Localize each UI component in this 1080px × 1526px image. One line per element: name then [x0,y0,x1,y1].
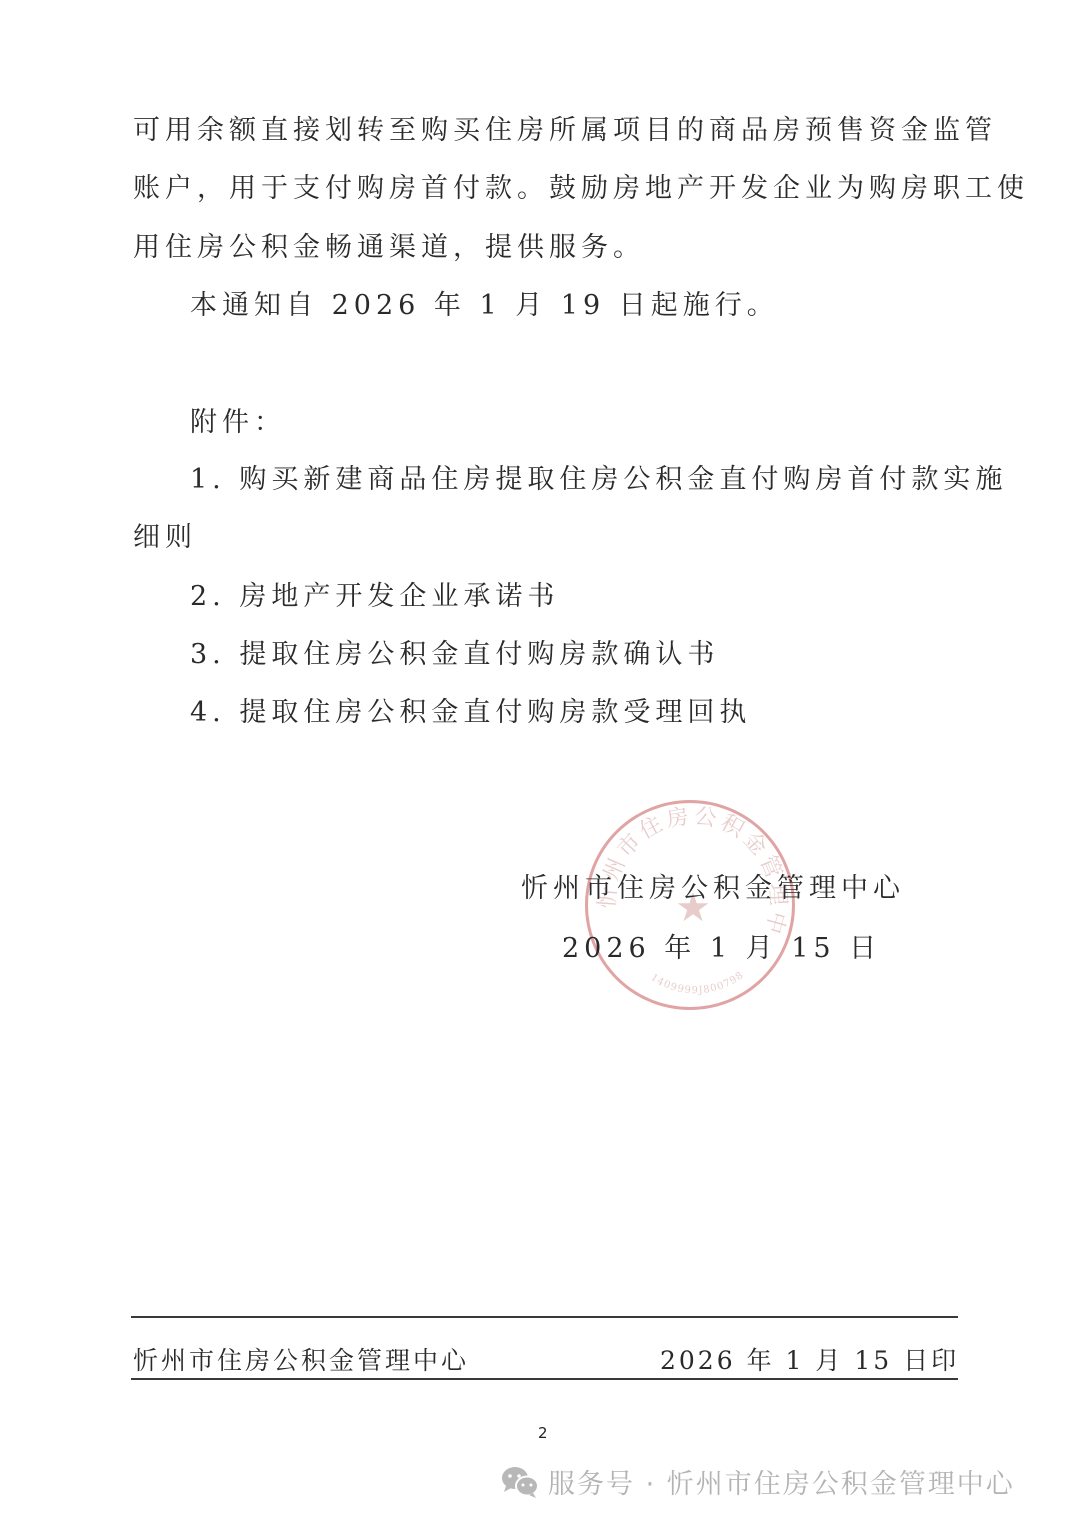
document-page: 可用余额直接划转至购买住房所属项目的商品房预售资金监管 账户，用于支付购房首付款… [0,0,1080,1526]
page-number: 2 [538,1424,548,1442]
signature-organization: 忻州市住房公积金管理中心 [521,866,905,905]
attachment-1-continued: 细则 [133,521,197,555]
seal-arc-icon: 忻州市住房公积金管理中心 1409999J800798 ★ [588,803,798,1013]
attachment-1: 1. 购买新建商品住房提取住房公积金直付购房首付款实施 [190,463,1007,497]
footer-issuer: 忻州市住房公积金管理中心 [133,1341,469,1377]
svg-text:1409999J800798: 1409999J800798 [648,970,746,997]
effective-date-notice: 本通知自 2026 年 1 月 19 日起施行。 [190,289,779,323]
footer-bottom-rule [131,1378,958,1380]
watermark-text: 服务号 · 忻州市住房公积金管理中心 [548,1462,1015,1501]
account-watermark: 服务号 · 忻州市住房公积金管理中心 [500,1462,1015,1501]
footer-print-date: 2026 年 1 月 15 日印 [660,1341,959,1377]
body-line-3: 用住房公积金畅通渠道，提供服务。 [133,231,645,265]
attachment-3: 3. 提取住房公积金直付购房款确认书 [190,638,719,672]
wechat-icon [500,1464,540,1500]
official-seal: 忻州市住房公积金管理中心 1409999J800798 ★ [585,800,795,1010]
body-line-2: 账户，用于支付购房首付款。鼓励房地产开发企业为购房职工使 [133,172,1029,206]
attachments-heading: 附件： [190,406,286,440]
signature-date: 2026 年 1 月 15 日 [562,926,881,965]
attachment-4: 4. 提取住房公积金直付购房款受理回执 [190,696,751,730]
footer-top-rule [131,1316,958,1318]
attachment-2: 2. 房地产开发企业承诺书 [190,580,559,614]
body-line-1: 可用余额直接划转至购买住房所属项目的商品房预售资金监管 [133,114,997,148]
seal-serial: 1409999J800798 [648,970,746,997]
